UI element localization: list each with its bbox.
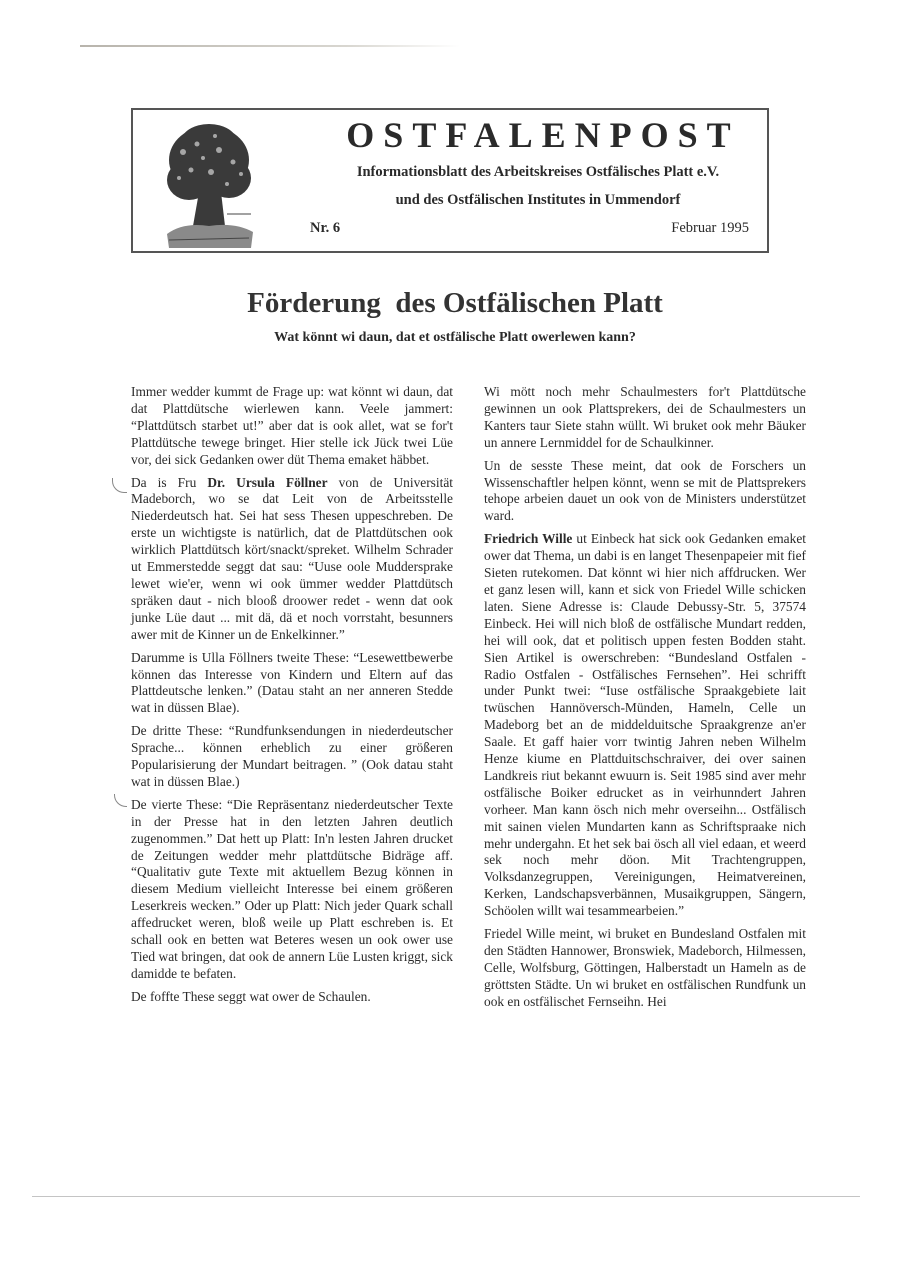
article-right-column: Wi mött noch mehr Schaulmesters for't Pl… <box>484 384 806 1017</box>
margin-pen-mark <box>114 794 127 807</box>
newsletter-title: OSTFALENPOST <box>333 114 753 156</box>
paragraph: Friedel Wille meint, wi bruket en Bundes… <box>484 926 806 1011</box>
paragraph: Immer wedder kummt de Frage up: wat könn… <box>131 384 453 469</box>
masthead-subtitle-line2: und des Ostfälischen Institutes in Ummen… <box>303 192 773 209</box>
issue-date: Februar 1995 <box>671 220 749 237</box>
margin-pen-mark <box>112 478 127 493</box>
paragraph: Un de sesste These meint, dat ook de For… <box>484 458 806 526</box>
tree-icon <box>163 122 255 250</box>
paragraph: De foffte These seggt wat ower de Schaul… <box>131 989 453 1006</box>
paragraph: Friedrich Wille ut Einbeck hat sick ook … <box>484 531 806 920</box>
paragraph: Wi mött noch mehr Schaulmesters for't Pl… <box>484 384 806 452</box>
article-left-column: Immer wedder kummt de Frage up: wat könn… <box>131 384 453 1012</box>
scan-top-rule <box>80 45 460 47</box>
issue-number: Nr. 6 <box>310 220 340 237</box>
paragraph: De dritte These: “Rundfunksendungen in n… <box>131 723 453 791</box>
paragraph: Darumme is Ulla Föllners tweite These: “… <box>131 650 453 718</box>
author-name: Friedrich Wille <box>484 531 572 546</box>
paragraph: De vierte These: “Die Repräsentanz niede… <box>131 797 453 983</box>
masthead-subtitle-line1: Informationsblatt des Arbeitskreises Ost… <box>303 164 773 181</box>
paragraph: Da is Fru Dr. Ursula Föllner von de Univ… <box>131 475 453 644</box>
article-headline: Förderung des Ostfälischen Platt <box>130 287 780 320</box>
article-subheadline: Wat könnt wi daun, dat et ostfälische Pl… <box>130 330 780 346</box>
masthead: OSTFALENPOST Informationsblatt des Arbei… <box>131 108 769 253</box>
author-name: Dr. Ursula Föllner <box>207 475 327 490</box>
scan-bottom-rule <box>32 1196 860 1197</box>
